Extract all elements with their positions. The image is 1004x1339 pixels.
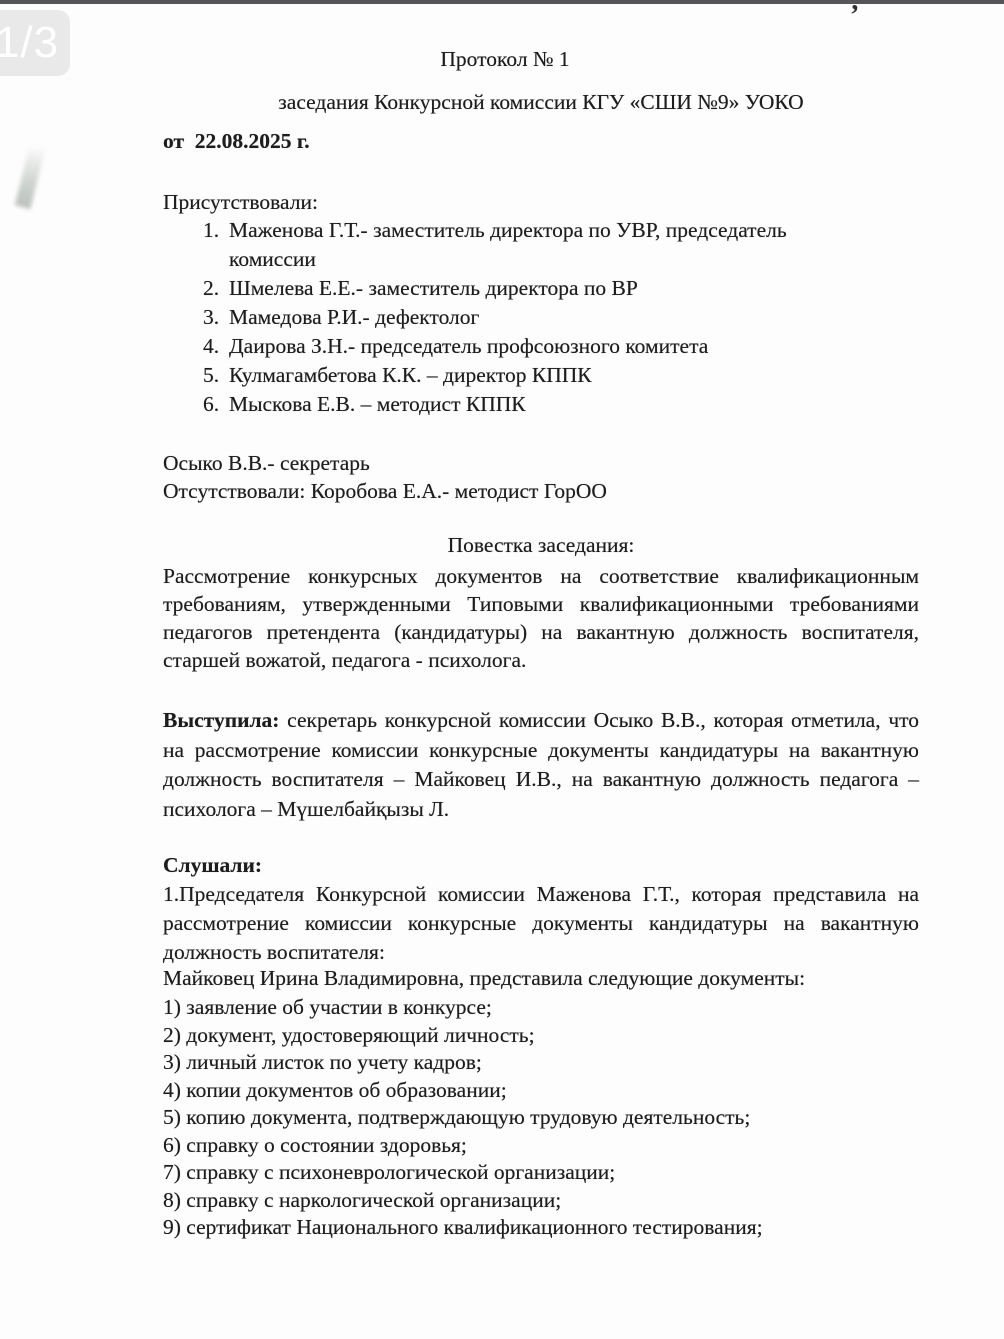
attendee-row: 3. Мамедова Р.И.- дефектолог (203, 303, 879, 332)
attendee-text: Шмелева Е.Е.- заместитель директора по В… (229, 274, 638, 303)
attendee-row: 1. Маженова Г.Т.- заместитель директора … (203, 216, 879, 274)
secretary-line: Осыко В.В.- секретарь (163, 449, 919, 477)
document-list-item: 6) справку о состоянии здоровья; (163, 1132, 919, 1160)
present-label: Присутствовали: (163, 188, 919, 216)
attendee-number: 4. (203, 332, 229, 361)
attendee-text: Мамедова Р.И.- дефектолог (229, 303, 479, 332)
document-list-item: 7) справку с психоневрологической органи… (163, 1159, 919, 1187)
attendee-number: 1. (203, 216, 229, 274)
attendee-row: 6. Мыскова Е.В. – методист КППК (203, 390, 879, 419)
scan-ink-mark: ’ (850, 0, 859, 32)
page-indicator-badge: 1/3 (0, 10, 70, 76)
heard-label: Слушали: (163, 851, 919, 879)
agenda-paragraph: Рассмотрение конкурсных документов на со… (163, 562, 919, 674)
document-list-item: 4) копии документов об образовании; (163, 1077, 919, 1105)
attendee-number: 6. (203, 390, 229, 419)
attendee-text: Даирова З.Н.- председатель профсоюзного … (229, 332, 708, 361)
speaker-paragraph: Выступила: секретарь конкурсной комиссии… (163, 706, 919, 824)
speaker-label: Выступила: (163, 708, 279, 732)
attendee-number: 2. (203, 274, 229, 303)
attendee-row: 4. Даирова З.Н.- председатель профсоюзно… (203, 332, 879, 361)
document-list-item: 2) документ, удостоверяющий личность; (163, 1022, 919, 1050)
heard-paragraph: 1.Председателя Конкурсной комиссии Мажен… (163, 880, 919, 967)
document-date-line: от 22.08.2025 г. (163, 127, 919, 155)
document-list-item: 8) справку с наркологической организации… (163, 1187, 919, 1215)
scan-crease-artifact (15, 145, 46, 209)
attendee-row: 5. Кулмагамбетова К.К. – директор КППК (203, 361, 879, 390)
attendee-text: Маженова Г.Т.- заместитель директора по … (229, 216, 835, 274)
candidate-line: Майковец Ирина Владимировна, представила… (163, 964, 919, 992)
document-subtitle: заседания Конкурсной комиссии КГУ «СШИ №… (163, 88, 919, 116)
document-list-item: 1) заявление об участии в конкурсе; (163, 994, 919, 1022)
attendee-row: 2. Шмелева Е.Е.- заместитель директора п… (203, 274, 879, 303)
attendees-list: 1. Маженова Г.Т.- заместитель директора … (203, 216, 879, 419)
document-list-item: 5) копию документа, подтверждающую трудо… (163, 1104, 919, 1132)
attendee-number: 5. (203, 361, 229, 390)
agenda-title: Повестка заседания: (163, 531, 919, 559)
attendee-text: Кулмагамбетова К.К. – директор КППК (229, 361, 592, 390)
document-title: Протокол № 1 (163, 45, 919, 73)
attendee-number: 3. (203, 303, 229, 332)
scanned-document-page: 1/3 ’ Протокол № 1 заседания Конкурсной … (0, 0, 1004, 1339)
documents-list: 1) заявление об участии в конкурсе; 2) д… (163, 994, 919, 1242)
absent-line: Отсутствовали: Коробова Е.А.- методист Г… (163, 477, 919, 505)
attendee-text: Мыскова Е.В. – методист КППК (229, 390, 526, 419)
document-list-item: 9) сертификат Национального квалификацио… (163, 1214, 919, 1242)
document-list-item: 3) личный листок по учету кадров; (163, 1049, 919, 1077)
